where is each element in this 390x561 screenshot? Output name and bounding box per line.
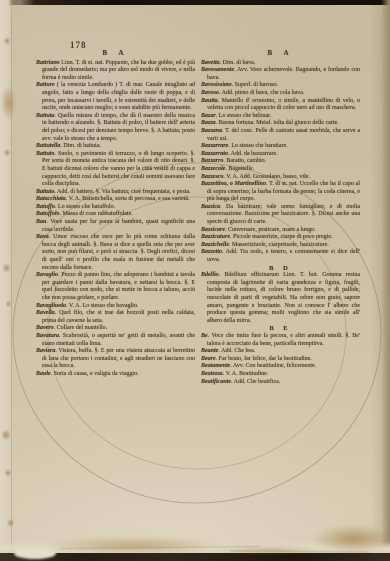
dictionary-entry: Batture ( la venezia Lombardo ) T. di ma… [36,82,195,112]
entry-headword: Battriano [36,60,60,66]
entry-headword: Battuto [36,189,54,195]
left-column-entries: Battriano Linn. T. di st. nat. Poppante,… [36,60,195,379]
entry-headword: Bavero [36,325,54,331]
foxing-spot [7,518,14,528]
entry-headword: Bdellio [201,272,219,278]
entry-headword: Bavaglio [36,272,58,278]
left-column: B A Battriano Linn. T. di st. nat. Poppa… [36,50,195,379]
entry-headword: Beare [201,356,216,362]
dictionary-entry: Bazzana. T. del conc. Pelle di castrato … [201,128,360,143]
entry-headword: Batuffo [36,204,55,210]
dictionary-entry: Bazzecole. Bagattelle. [201,166,360,174]
page-edge-bottom [0,553,390,561]
scanned-page: 178 B A Battriano Linn. T. di st. nat. P… [0,0,390,561]
dictionary-entry: Battriano Linn. T. di st. nat. Poppante,… [36,60,195,83]
entry-headword: Bavagliuolo [36,303,66,309]
dictionary-entry: Bavosamente. Avv. Voce schernevole. Bagn… [201,67,360,82]
dictionary-entry: Bazza. Buona fortuna. Metaf. tolta dal g… [201,120,360,128]
dictionary-entry: Beatezza. V. A. Beatitudine. [201,371,360,379]
entry-headword: Batture [36,82,55,88]
dictionary-entry: Bazzarro. Baratto, cambio. [201,158,360,166]
entry-headword: Batacchiata [36,196,66,202]
entry-headword: Bau [36,219,46,225]
foxing-spot [6,300,11,308]
column-header-right: B A [201,50,360,58]
dictionary-entry: Bavosissimo. Superl. di bavoso. [201,82,360,90]
entry-headword: Bazar [201,113,216,119]
dictionary-entry: Baviera. Visiera, buffa. §. E per una vi… [36,348,195,371]
dictionary-entry: Battuta. Quella misura di tempo, che dà … [36,113,195,143]
entry-headword: Bazzica [201,204,220,210]
dictionary-entry: Bazzicature. Piccole masserizie, ciarpe … [201,234,360,242]
dictionary-entry: Bazzotto. Add. Tra sodo, e tenero, e com… [201,249,360,264]
foxing-spot [5,468,11,478]
entry-headword: Beatezza [201,371,223,377]
foxing-spot [2,428,10,442]
dictionary-entry: Bavella. Quel filo, che si trae dai bozz… [36,310,195,325]
page-edge-top [0,0,390,5]
dictionary-entry: Batuffolo. Massa di cose rabbatuffolate. [36,211,195,219]
dictionary-entry: Battuto. Suolo, o pavimento di terrazzo,… [36,151,195,189]
entry-headword: Bazzesco [201,174,223,180]
entry-headword: Bazzarrare [201,143,228,149]
entry-headword: Baule [36,371,51,377]
entry-headword: Bavosissimo [201,82,232,88]
dictionary-entry: Batacchiata. V. A. Batistichella, sorta … [36,196,195,204]
dictionary-entry: Beante. Add. Che bea. [201,348,360,356]
entry-headword: Battutella [36,143,60,149]
dictionary-entry: Bavero. Collare del mantello. [36,325,195,333]
foxing-spot [4,36,10,46]
dictionary-entry: Beatamente. Avv. Con beatitudine, felice… [201,363,360,371]
page-number: 178 [70,40,87,50]
dictionary-entry: Bavoso. Add. pieno di bava, che cola bav… [201,90,360,98]
entry-headword: Batuffolo [36,211,60,217]
foxing-spot [4,148,10,157]
torn-paper-spot [14,548,56,559]
section-header: B E [201,325,360,333]
entry-headword: Bazzarrato [201,151,228,157]
entry-headword: Bavatura [36,333,59,339]
dictionary-entry: Baule. Sorta di cassa, o valigia da viag… [36,371,195,379]
entry-headword: Bavella [36,310,55,316]
entry-headword: Beatificante [201,379,231,385]
entry-headword: Battuta [36,113,54,119]
entry-headword: Beatamente [201,363,230,369]
entry-headword: Bazzettino, o Martinellino [201,181,266,187]
dictionary-entry: Beatificante. Add. Che beatifica. [201,379,360,387]
entry-headword: Battuto [36,151,54,157]
dictionary-entry: Be. Voce che imita fuor la pecora, e alt… [201,333,360,348]
entry-headword: Bazzotto [201,249,222,255]
foxing-spot [3,262,10,274]
right-column: B A Bavetta. Dim. di bava.Bavosamente. A… [201,50,360,386]
dictionary-entry: Bautta. Mantello d' ermesino, o simile, … [201,98,360,113]
dictionary-entry: Bazzesco. V. A. Add. Grossolano, basso, … [201,174,360,182]
entry-headword: Bazzicare [201,227,225,233]
entry-headword: Bavetta [201,60,220,66]
dictionary-entry: Bavatura. Scabrosità, o asperità ne' get… [36,333,195,348]
dictionary-entry: Bava. Umor viscoso che esce per lo più c… [36,234,195,272]
entry-headword: Bautta [201,98,218,104]
entry-headword: Bazzichelle [201,242,229,248]
right-column-entries: Bavetta. Dim. di bava.Bavosamente. Avv. … [201,60,360,387]
entry-headword: Bazzicature [201,234,230,240]
entry-headword: Bavosamente [201,67,234,73]
entry-headword: Bava [36,234,49,240]
page-edge-seam [11,0,12,561]
dictionary-entry: Bazzettino, o Martinellino. T. di st. na… [201,181,360,204]
entry-headword: Bazzana [201,128,222,134]
column-header-left: B A [36,50,195,58]
dictionary-entry: Bavaglio. Pezzo di panno lino, che adope… [36,272,195,302]
dictionary-entry: Bdellio. Bdellium officinarum Linn. T. b… [201,272,360,325]
dictionary-entry: Bazzarrare. Lo stesso che barattare. [201,143,360,151]
entry-headword: Be [201,333,208,339]
dictionary-entry: Battutella. Dim. di battuta. [36,143,195,151]
entry-headword: Baviera [36,348,55,354]
dictionary-entry: Bazzica. Da bazzicare; vale uomo famigli… [201,204,360,227]
dictionary-entry: Bau. Voce usata per far paura ai bambini… [36,219,195,234]
entry-headword: Bazzarro [201,158,223,164]
entry-headword: Bazzecole [201,166,225,172]
entry-headword: Beante [201,348,218,354]
entry-headword: Bazza [201,120,216,126]
entry-headword: Bavoso [201,90,219,96]
page-edge-right [381,0,390,561]
